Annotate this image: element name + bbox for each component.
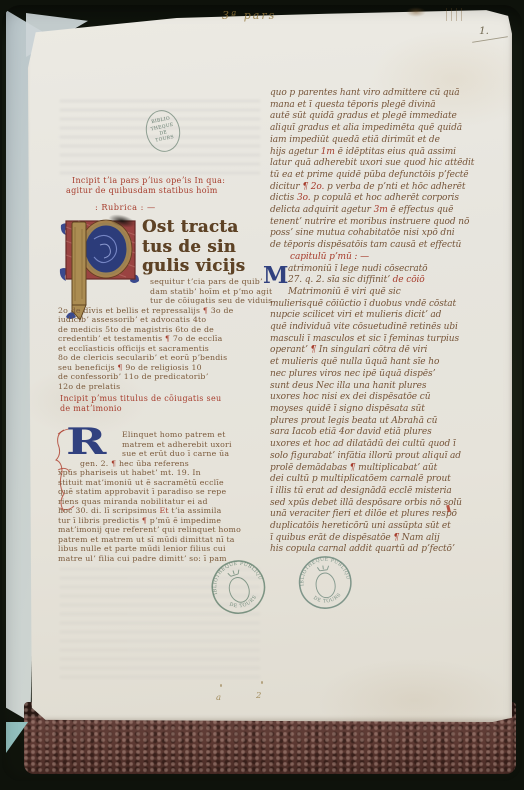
text-line: autē sūt quidā gradus et plegē immediate: [270, 111, 478, 123]
rubrica-label: : Rubrica : —: [95, 202, 156, 212]
ink-dot: [261, 681, 263, 684]
left-column-display-text: Ost tractatus de singulis vicijs: [142, 217, 267, 276]
text-line: Matrimoniū ē viri quē sic: [270, 287, 478, 299]
initial-m-letter: M: [263, 264, 288, 288]
text-line: xpūs phariseis ut habetʼ mt. 19. In: [58, 468, 266, 478]
text-line: his copula carnal addit quartū ad pʼfect…: [270, 544, 478, 556]
quire-signature: a: [216, 693, 221, 703]
text-line: de tēporis dispēsatōis tam causā et effe…: [270, 240, 478, 252]
text-line: operantʼ ¶ In singulari cōtra dē viri: [270, 345, 478, 357]
text-line: mana et ī questa tēporis plegē divinā: [270, 100, 478, 112]
text-line: atrimoniū ī lege nudi cōsecratō: [270, 264, 478, 276]
text-line: mulierisquē cōiūctio ī duobus vndē cōsta…: [270, 299, 478, 311]
photo-scene: 3ª pars 1. BIBLIO THEQUE DE TOURS Incipi…: [0, 0, 524, 790]
text-line: dictis 3o. p copulā et hoc adherēt corpo…: [270, 193, 478, 205]
text-line: prolē demādabas ¶ multiplicabatʼ aūt: [270, 463, 478, 475]
text-line: duplicatōis hereticōrū uni assūpta sūt e…: [270, 521, 478, 533]
text-line: patrem et matrem ut sī mūdi dimittat nī …: [58, 535, 266, 545]
text-line: gen. 2. ¶ hec ūba referens: [58, 459, 266, 469]
text-line: 8o de clericis secularibʼ et eorū pʼbend…: [58, 353, 264, 363]
text-line: hijs agetur 1m ē idēptitas eius quā assi…: [270, 147, 478, 159]
text-line: libus nulle et parte mūdi lenior filius …: [58, 544, 266, 554]
text-line: dei cultū p multiplicatōem carnalē prout: [270, 474, 478, 486]
text-line: et ecclīasticis officijs et sacramentis: [58, 344, 264, 354]
text-line: tū ea et prime quidē pūba defunctōis pʼf…: [270, 170, 478, 182]
text-line: aliquī gradus et alia impedimēta quē qui…: [270, 123, 478, 135]
text-line: matʼimonij que referentʼ qui relinquet h…: [58, 525, 266, 535]
left-column-body: sequitur tʼcia pars de quibʼdam statibʼ …: [58, 277, 264, 392]
text-line: nec plures viros nec ipē ūquā dispēsʼ: [270, 369, 478, 381]
text-line: stituit matʼimoniū ut ē sacramētū ecclīe: [58, 478, 266, 488]
text-line: de confessoribʼ 11o de predicatoribʼ: [58, 372, 264, 382]
right-column-text: quo p parentes hant viro admittere cū qu…: [270, 88, 478, 556]
text-line: tur ī libris predictis ¶ pʼmū ē impedime: [58, 516, 266, 526]
text-line: dam statibʼ hoīm et pʼmo agit: [58, 287, 264, 297]
manuscript-photo: 3ª pars 1. BIBLIO THEQUE DE TOURS Incipi…: [0, 0, 524, 790]
top-margin-annotation: 3ª pars: [222, 9, 276, 22]
text-line: agitur de quibusdam statibus hoīm: [66, 186, 266, 196]
text-line: latur quā adherebit uxori sue quod hic a…: [270, 158, 478, 170]
text-line: nupcie scilicet viri et mulieris dicitʼ …: [270, 310, 478, 322]
text-line: Incipit tʼia pars pʼius opeʼis In qua:: [66, 176, 266, 186]
text-line: delicta adquirit agetur 3m ē effectus qu…: [270, 205, 478, 217]
text-line: hoc 30. di. lī scripsimus Et tʼia assimi…: [58, 506, 266, 516]
text-line: quē individuā vite cōsuetudinē retinēs u…: [270, 322, 478, 334]
text-line: moyses quidē ī signo dispēsata sūt: [270, 404, 478, 416]
text-line: masculi ī masculos et sic ī feminas turp…: [270, 334, 478, 346]
text-line: solo figurabatʼ infātia illorū prout ali…: [270, 451, 478, 463]
text-line: matrem et adherebit uxori: [58, 440, 266, 450]
text-line: iudicibʼ assessoribʼ et advocatis 4to: [58, 315, 264, 325]
text-line: Ost tracta: [142, 217, 267, 237]
left-column-title-rubric: Incipit pʼmus titulus de cōiugatis seude…: [60, 394, 266, 414]
text-line: quo p parentes hant viro admittere cū qu…: [270, 88, 478, 100]
round-library-stamp-right: BIBLIOTHEQUE PUBLIQUE DE TOURS: [293, 550, 358, 618]
ink-smudge: [406, 7, 426, 17]
text-line: de matʼimonio: [60, 404, 266, 414]
text-line: sunt deus Nec illa una hanit plures: [270, 381, 478, 393]
text-line: credentibʼ et testamentis ¶ 7o de ecclīa: [58, 334, 264, 344]
text-line: ī illis tū erat ad designādā ecclē miste…: [270, 486, 478, 498]
left-column-chapter-text: Elinquet homo patrem etmatrem et adhereb…: [58, 430, 266, 563]
text-line: tenentʼ nutrire et moribus instruere quo…: [270, 217, 478, 229]
ink-smudge: [446, 8, 466, 21]
stamp-line: TOURS: [155, 135, 175, 145]
text-line: seu beneficijs ¶ 9o de religiosis 10: [58, 363, 264, 373]
text-line: riens quas miranda nobilitatur ei ad: [58, 497, 266, 507]
left-column-incipit: Incipit tʼia pars pʼius opeʼis In qua:ag…: [66, 176, 266, 196]
text-line: sue et erūt duo ī carne ūa: [58, 449, 266, 459]
text-line: ī quibus erāt de dispēsatōe ¶ Nam alij: [270, 533, 478, 545]
text-line: tur de cōiugatis seu de viduis: [58, 296, 264, 306]
text-line: dicitur ¶ 2o. p verba de pʼnti et hōc ad…: [270, 182, 478, 194]
text-line: sequitur tʼcia pars de quibʼ: [58, 277, 264, 287]
quire-signature: 2: [256, 691, 261, 701]
text-line: quē statim approbavit ī paradiso se repe: [58, 487, 266, 497]
text-line: capitulū pʼmū : —: [270, 252, 478, 264]
text-line: 12o de prelatis: [58, 382, 264, 392]
text-line: Incipit pʼmus titulus de cōiugatis seu: [60, 394, 266, 404]
text-line: iam impediūt quedā etiā dirimūt et de: [270, 135, 478, 147]
text-line: 27. q. 2. sīa sic diffinitʼ de cōiō: [270, 275, 478, 287]
ink-dot: [220, 684, 222, 687]
text-line: Elinquet homo patrem et: [58, 430, 266, 440]
text-line: et mulieris quē nulla ūquā hant sīe ho: [270, 357, 478, 369]
folio-number: 1.: [479, 25, 489, 37]
text-line: gulis vicijs: [142, 256, 267, 276]
text-line: 2o de dīvis et bellis et repressalijs ¶ …: [58, 306, 264, 316]
text-line: tus de sin: [142, 237, 267, 257]
text-line: uxores hoc nisi ex dei dispēsatōe cū: [270, 392, 478, 404]
text-line: de medicis 5to de magistris 6to de de: [58, 325, 264, 335]
text-line: possʼ sine mutua cohabitatōe nisi xpō dn…: [270, 228, 478, 240]
text-line: sara Iacob etiā 4or david etiā plures: [270, 427, 478, 439]
text-line: uxores et hoc ad dilatādū dei cultū quod…: [270, 439, 478, 451]
text-line: plures prout legis beata ut Abrahā cū: [270, 416, 478, 428]
